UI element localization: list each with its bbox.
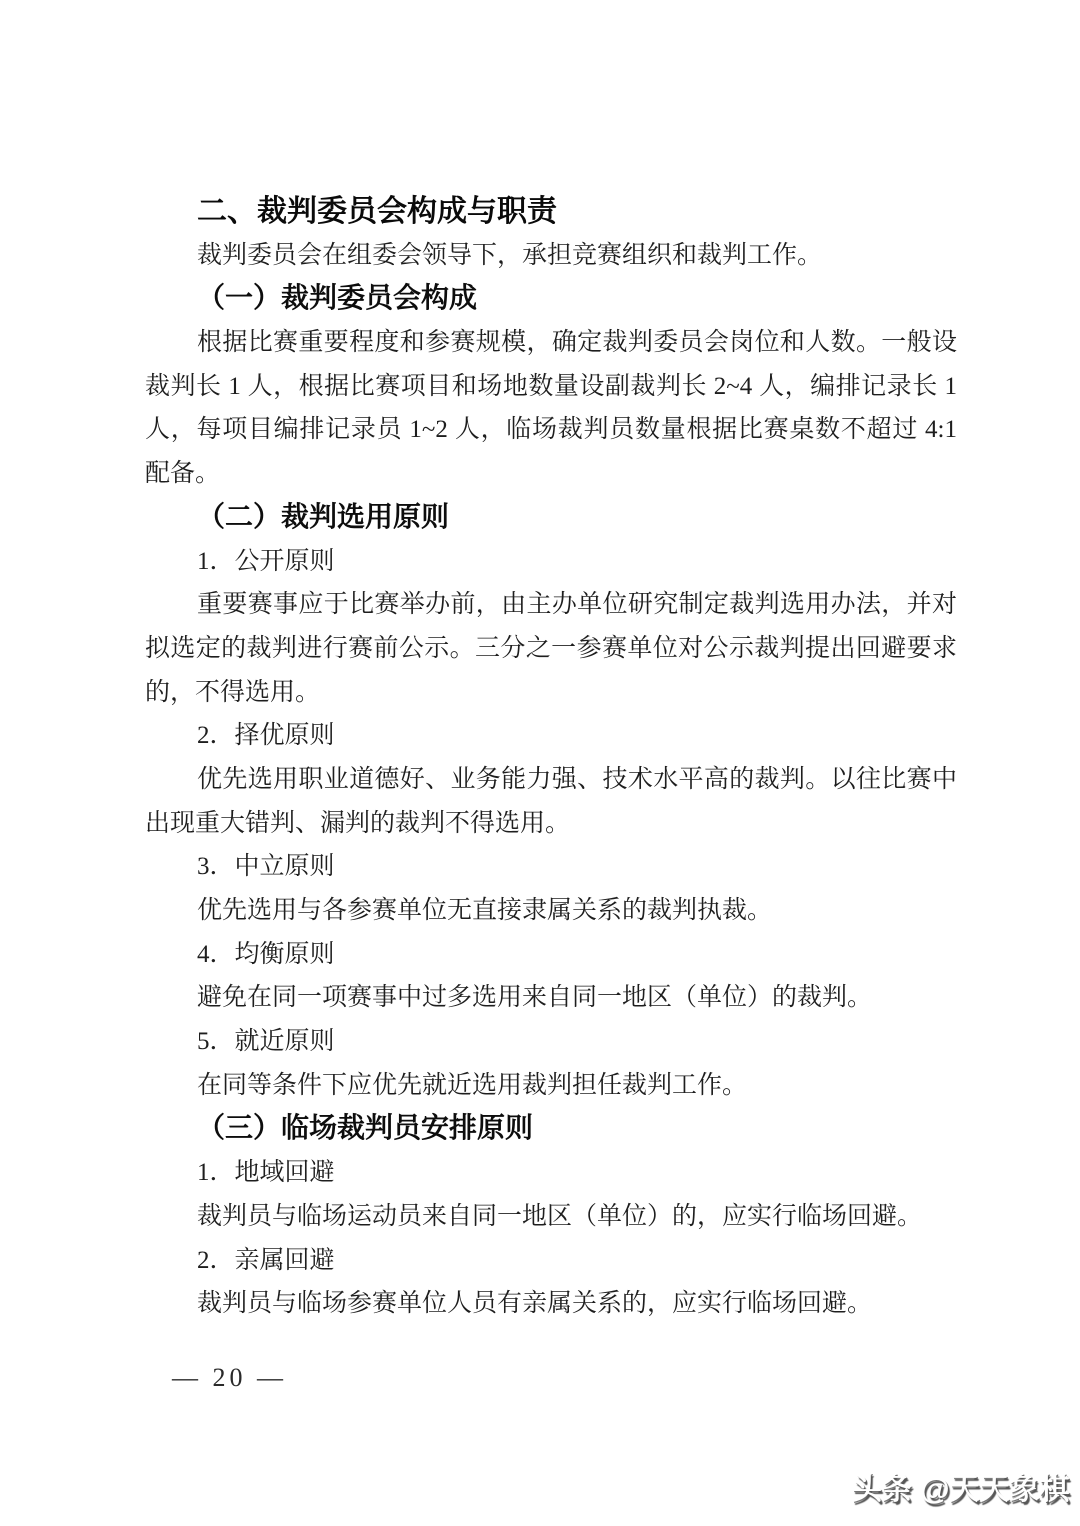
text-line: 1．公开原则 xyxy=(145,540,957,584)
text-line: （一）裁判委员会构成 xyxy=(145,277,957,321)
paragraph: 优先选用与各参赛单位无直接隶属关系的裁判执裁。 xyxy=(145,889,957,933)
paragraph: 优先选用职业道德好、业务能力强、技术水平高的裁判。以往比赛中出现重大错判、漏判的… xyxy=(145,758,957,845)
text-line: 3．中立原则 xyxy=(145,845,957,889)
text-line: 根据比赛重要程度和参赛规模，确定裁判委员会岗位和人数。一般设 xyxy=(145,321,957,365)
paragraph: 避免在同一项赛事中过多选用来自同一地区（单位）的裁判。 xyxy=(145,976,957,1020)
text-line: 2．亲属回避 xyxy=(145,1239,957,1283)
text-line: 二、裁判委员会构成与职责 xyxy=(145,190,957,234)
text-line: 配备。 xyxy=(145,452,957,496)
text-line: 4．均衡原则 xyxy=(145,933,957,977)
numbered-item: 5．就近原则 xyxy=(145,1020,957,1064)
paragraph: 裁判员与临场运动员来自同一地区（单位）的，应实行临场回避。 xyxy=(145,1195,957,1239)
text-line: 裁判员与临场运动员来自同一地区（单位）的，应实行临场回避。 xyxy=(145,1195,957,1239)
text-line: 裁判长 1 人，根据比赛项目和场地数量设副裁判长 2~4 人，编排记录长 1 xyxy=(145,365,957,409)
text-line: 人，每项目编排记录员 1~2 人，临场裁判员数量根据比赛桌数不超过 4:1 xyxy=(145,408,957,452)
numbered-item: 2．择优原则 xyxy=(145,714,957,758)
numbered-item: 1．公开原则 xyxy=(145,540,957,584)
numbered-item: 1．地域回避 xyxy=(145,1151,957,1195)
text-line: 裁判委员会在组委会领导下，承担竞赛组织和裁判工作。 xyxy=(145,234,957,278)
paragraph: 重要赛事应于比赛举办前，由主办单位研究制定裁判选用办法，并对拟选定的裁判进行赛前… xyxy=(145,583,957,714)
text-line: （三）临场裁判员安排原则 xyxy=(145,1107,957,1151)
text-line: 在同等条件下应优先就近选用裁判担任裁判工作。 xyxy=(145,1064,957,1108)
document-body: 二、裁判委员会构成与职责裁判委员会在组委会领导下，承担竞赛组织和裁判工作。（一）… xyxy=(145,190,957,1326)
subsection-heading: （三）临场裁判员安排原则 xyxy=(145,1107,957,1151)
text-line: 拟选定的裁判进行赛前公示。三分之一参赛单位对公示裁判提出回避要求 xyxy=(145,627,957,671)
text-line: 的，不得选用。 xyxy=(145,671,957,715)
text-line: 优先选用与各参赛单位无直接隶属关系的裁判执裁。 xyxy=(145,889,957,933)
paragraph: 根据比赛重要程度和参赛规模，确定裁判委员会岗位和人数。一般设裁判长 1 人，根据… xyxy=(145,321,957,496)
text-line: 裁判员与临场参赛单位人员有亲属关系的，应实行临场回避。 xyxy=(145,1282,957,1326)
paragraph: 裁判员与临场参赛单位人员有亲属关系的，应实行临场回避。 xyxy=(145,1282,957,1326)
text-line: 1．地域回避 xyxy=(145,1151,957,1195)
text-line: 出现重大错判、漏判的裁判不得选用。 xyxy=(145,802,957,846)
paragraph: 裁判委员会在组委会领导下，承担竞赛组织和裁判工作。 xyxy=(145,234,957,278)
section-heading: 二、裁判委员会构成与职责 xyxy=(145,190,957,234)
subsection-heading: （一）裁判委员会构成 xyxy=(145,277,957,321)
text-line: 优先选用职业道德好、业务能力强、技术水平高的裁判。以往比赛中 xyxy=(145,758,957,802)
watermark-label: 头条 @天天象棋 xyxy=(852,1471,1070,1509)
numbered-item: 3．中立原则 xyxy=(145,845,957,889)
text-line: 重要赛事应于比赛举办前，由主办单位研究制定裁判选用办法，并对 xyxy=(145,583,957,627)
subsection-heading: （二）裁判选用原则 xyxy=(145,496,957,540)
numbered-item: 4．均衡原则 xyxy=(145,933,957,977)
page-number: — 20 — xyxy=(172,1358,287,1398)
paragraph: 在同等条件下应优先就近选用裁判担任裁判工作。 xyxy=(145,1064,957,1108)
text-line: 避免在同一项赛事中过多选用来自同一地区（单位）的裁判。 xyxy=(145,976,957,1020)
text-line: 5．就近原则 xyxy=(145,1020,957,1064)
text-line: 2．择优原则 xyxy=(145,714,957,758)
document-page: 二、裁判委员会构成与职责裁判委员会在组委会领导下，承担竞赛组织和裁判工作。（一）… xyxy=(0,0,1080,1526)
text-line: （二）裁判选用原则 xyxy=(145,496,957,540)
numbered-item: 2．亲属回避 xyxy=(145,1239,957,1283)
